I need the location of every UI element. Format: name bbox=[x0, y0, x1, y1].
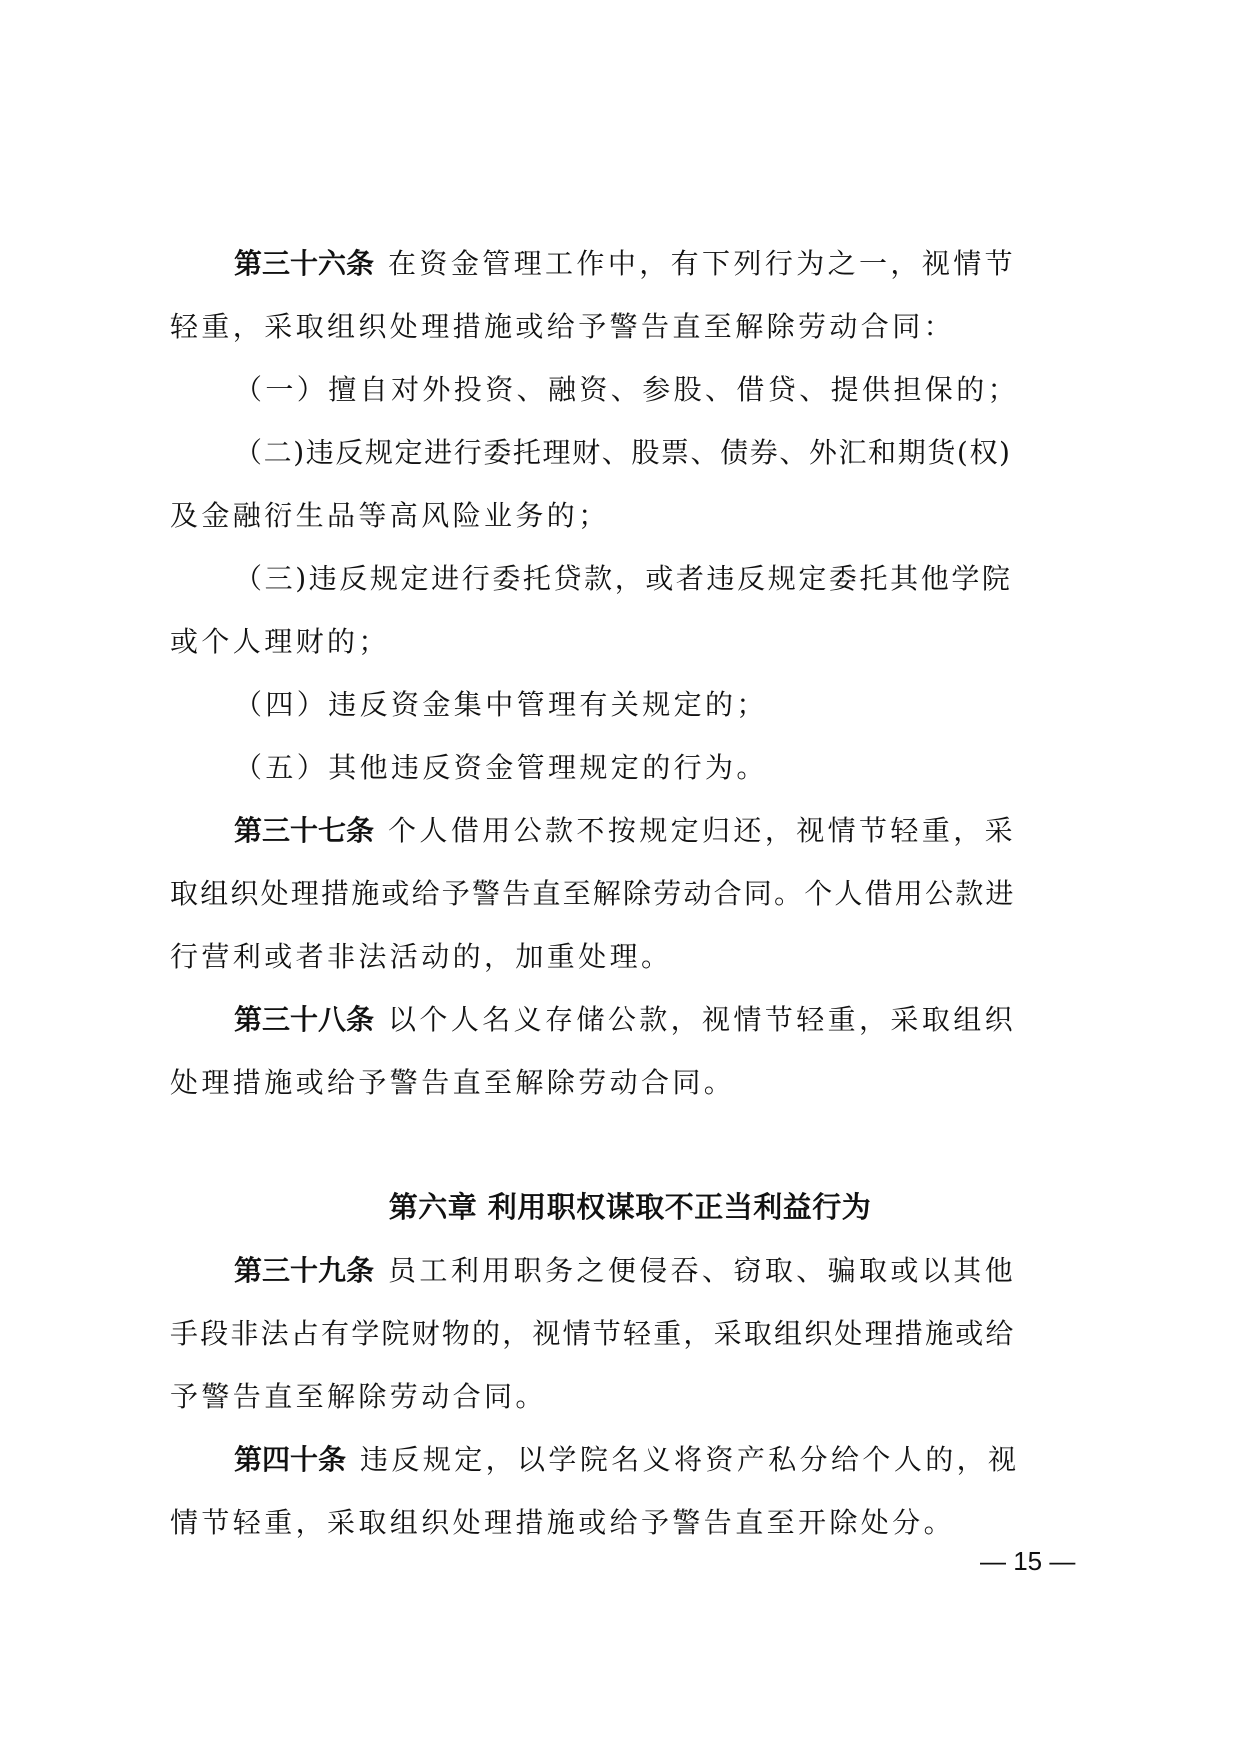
article-39-line-3: 予警告直至解除劳动合同。 bbox=[170, 1365, 1090, 1428]
article-38-line-2: 处理措施或给予警告直至解除劳动合同。 bbox=[170, 1051, 1090, 1114]
article-36-item-3-line-1: （三)违反规定进行委托贷款，或者违反规定委托其他学院 bbox=[170, 547, 1090, 610]
article-36-line-1: 第三十六条在资金管理工作中，有下列行为之一，视情节 bbox=[170, 232, 1090, 295]
article-36-item-4: （四）违反资金集中管理有关规定的； bbox=[170, 673, 1090, 736]
article-37-label: 第三十七条 bbox=[234, 814, 374, 847]
section-gap bbox=[170, 1114, 1090, 1176]
article-36-item-2-line-1: （二)违反规定进行委托理财、股票、债券、外汇和期货(权) bbox=[170, 421, 1090, 484]
article-36-item-2-line-2: 及金融衍生品等高风险业务的； bbox=[170, 484, 1090, 547]
article-36-text-1: 在资金管理工作中，有下列行为之一，视情节 bbox=[388, 247, 1016, 280]
article-39-text-1: 员工利用职务之便侵吞、窃取、骗取或以其他 bbox=[388, 1254, 1016, 1287]
page-number: — 15 — bbox=[980, 1546, 1075, 1577]
article-37-line-2: 取组织处理措施或给予警告直至解除劳动合同。个人借用公款进 bbox=[170, 862, 1090, 925]
article-37-line-3: 行营利或者非法活动的，加重处理。 bbox=[170, 925, 1090, 988]
article-40-text-1: 违反规定，以学院名义将资产私分给个人的，视 bbox=[360, 1443, 1019, 1476]
article-38-line-1: 第三十八条以个人名义存储公款，视情节轻重，采取组织 bbox=[170, 988, 1090, 1051]
article-38-label: 第三十八条 bbox=[234, 1003, 374, 1036]
article-39-label: 第三十九条 bbox=[234, 1254, 374, 1287]
article-40-line-2: 情节轻重，采取组织处理措施或给予警告直至开除处分。 bbox=[170, 1491, 1090, 1554]
article-37-text-1: 个人借用公款不按规定归还，视情节轻重，采 bbox=[388, 814, 1016, 847]
article-40-line-1: 第四十条违反规定，以学院名义将资产私分给个人的，视 bbox=[170, 1428, 1090, 1491]
article-40-label: 第四十条 bbox=[234, 1443, 346, 1476]
article-36-item-5: （五）其他违反资金管理规定的行为。 bbox=[170, 736, 1090, 799]
article-39-line-2: 手段非法占有学院财物的，视情节轻重，采取组织处理措施或给 bbox=[170, 1302, 1090, 1365]
document-page: 第三十六条在资金管理工作中，有下列行为之一，视情节 轻重，采取组织处理措施或给予… bbox=[170, 232, 1090, 1554]
article-38-text-1: 以个人名义存储公款，视情节轻重，采取组织 bbox=[388, 1003, 1016, 1036]
article-36-item-1: （一）擅自对外投资、融资、参股、借贷、提供担保的； bbox=[170, 358, 1090, 421]
article-39-line-1: 第三十九条员工利用职务之便侵吞、窃取、骗取或以其他 bbox=[170, 1239, 1090, 1302]
chapter-6-heading: 第六章 利用职权谋取不正当利益行为 bbox=[170, 1176, 1090, 1239]
article-37-line-1: 第三十七条个人借用公款不按规定归还，视情节轻重，采 bbox=[170, 799, 1090, 862]
article-36-item-3-line-2: 或个人理财的； bbox=[170, 610, 1090, 673]
article-36-line-2: 轻重，采取组织处理措施或给予警告直至解除劳动合同： bbox=[170, 295, 1090, 358]
article-36-label: 第三十六条 bbox=[234, 247, 374, 280]
